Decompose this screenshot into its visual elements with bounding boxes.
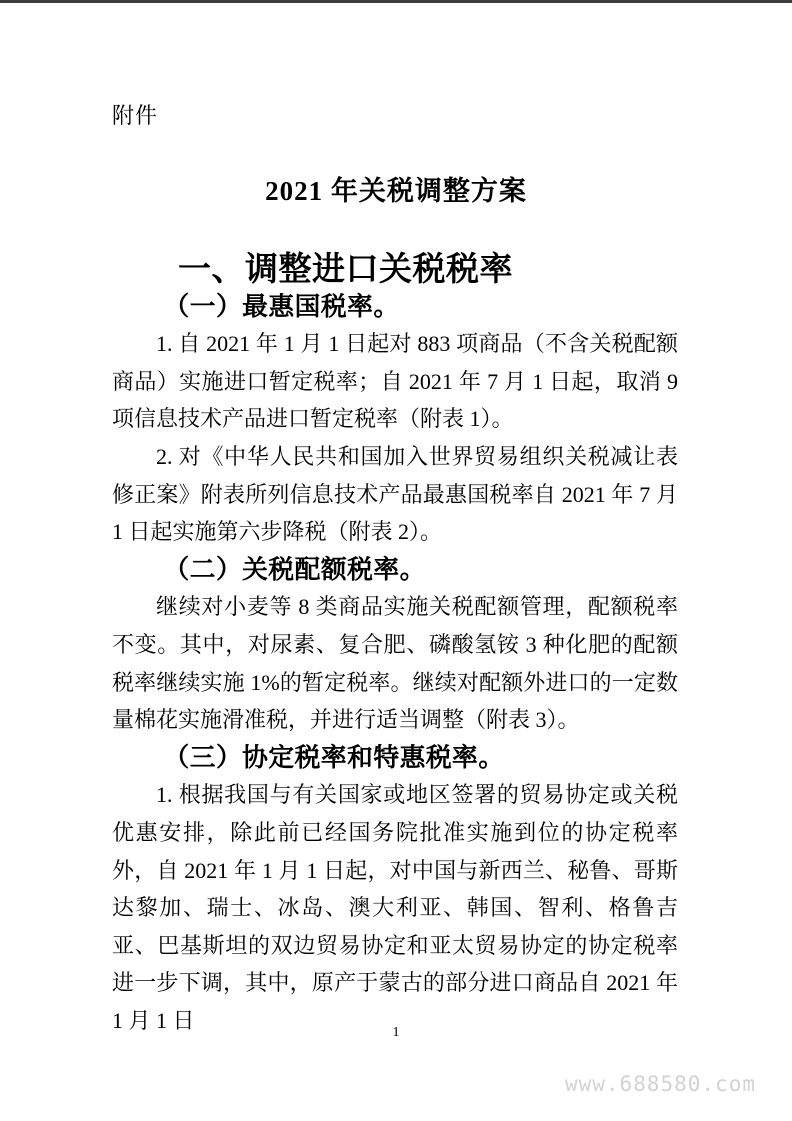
paragraph-provisional-rates: 1. 自 2021 年 1 月 1 日起对 883 项商品（不含关税配额商品）实… [112,325,678,438]
watermark: www.688580.com [565,1072,756,1096]
attachment-label: 附件 [112,103,158,129]
sub-heading-mfn-rates: （一）最惠国税率。 [112,288,678,326]
page-number: 1 [0,1025,792,1041]
document-page: { "colors": { "top_bar": "#3e3e3e", "tex… [0,0,792,1121]
section-heading-adjust-import-tariffs: 一、调整进口关税税率 [112,250,678,288]
page-top-border [0,0,792,3]
document-body: 一、调整进口关税税率 （一）最惠国税率。 1. 自 2021 年 1 月 1 日… [112,250,678,1039]
paragraph-quota-management: 继续对小麦等 8 类商品实施关税配额管理，配额税率不变。其中，对尿素、复合肥、磷… [112,588,678,738]
sub-heading-agreement-preferential-rates: （三）协定税率和特惠税率。 [112,739,678,777]
paragraph-wto-ita-reduction: 2. 对《中华人民共和国加入世界贸易组织关税减让表修正案》附表所列信息技术产品最… [112,438,678,551]
paragraph-trade-agreements: 1. 根据我国与有关国家或地区签署的贸易协定或关税优惠安排，除此前已经国务院批准… [112,776,678,1039]
sub-heading-tariff-quota-rates: （二）关税配额税率。 [112,551,678,589]
document-title: 2021 年关税调整方案 [0,174,792,208]
